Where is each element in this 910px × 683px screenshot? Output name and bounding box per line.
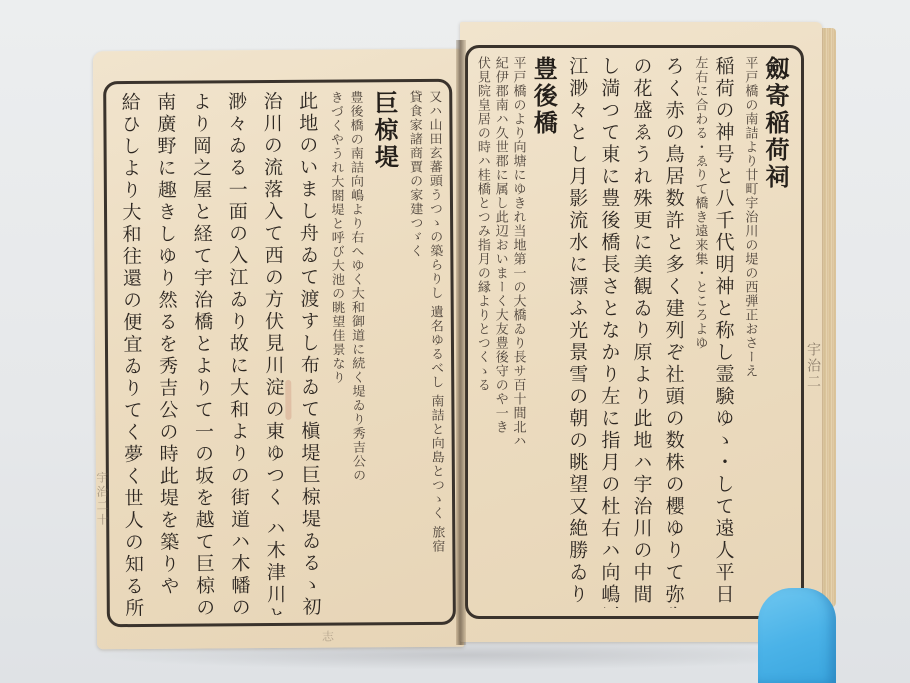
- text-column: 紀伊郡南ハ久世郡に属し此辺おいまーく大友豊後守のや一き: [492, 56, 510, 608]
- text-column: の花盛ゑうれ殊更に美観ゐり原より此地ハ宇治川の中間に築出せ: [627, 56, 659, 608]
- right-page-frame: 劔寄稲荷祠 平戸橋の南詰より廿町宇治川の堤の西弾正おさーえ 稲荷の神号と八千代明…: [465, 45, 804, 619]
- right-page[interactable]: 劔寄稲荷祠 平戸橋の南詰より廿町宇治川の堤の西弾正おさーえ 稲荷の神号と八千代明…: [460, 22, 822, 642]
- text-column: 左右に合わる・ゑりて橋き遠来集・ところよゆ: [692, 56, 710, 608]
- left-page[interactable]: 又ハ山田玄蕃頭うつゝの築らりし 遺名ゆるべし 南詰と向島とつゝく 旅宿 貸食家諸…: [93, 49, 464, 650]
- text-column: 此地のいまし舟ゐて渡すし布ゐて槇堤巨椋堤ゐるゝ初ハ宇: [290, 91, 329, 615]
- text-column: 南廣野に趣きしゆり然るを秀吉公の時此堤を築りや: [148, 92, 187, 616]
- text-column: ろく赤の鳥居数許と多く建列ぞ社頭の数株の櫻ゆりて弥生: [659, 56, 691, 608]
- text-column: 伏見院皇居の時ハ桂橋とつみ指月の縁よりとつくゝる: [474, 56, 492, 608]
- margin-note: 宇治二十: [94, 471, 111, 527]
- text-column: 給ひしより大和往還の便宜ゐりてく夢く世人の知る所ゐり: [112, 92, 151, 616]
- text-column: 平戸橋の南詰より廿町宇治川の堤の西弾正おさーえ: [742, 56, 760, 608]
- text-column: 又ハ山田玄蕃頭うつゝの築らりし 遺名ゆるべし 南詰と向島とつゝく 旅宿: [423, 90, 446, 614]
- text-column: 江渺々とし月影流水に漂ふ光景雪の朝の眺望又絶勝ゐり: [563, 56, 595, 608]
- left-page-text-columns: 又ハ山田玄蕃頭うつゝの築らりし 遺名ゆるべし 南詰と向島とつゝく 旅宿 貸食家諸…: [112, 90, 447, 616]
- section-title: 豊後橋: [528, 56, 564, 608]
- left-page-frame: 又ハ山田玄蕃頭うつゝの築らりし 遺名ゆるべし 南詰と向島とつゝく 旅宿 貸食家諸…: [103, 79, 456, 627]
- right-page-text-columns: 劔寄稲荷祠 平戸橋の南詰より廿町宇治川の堤の西弾正おさーえ 稲荷の神号と八千代明…: [474, 56, 795, 608]
- section-title: 劔寄稲荷祠: [759, 56, 795, 608]
- section-title: 巨椋堤: [364, 90, 407, 614]
- page-stamp: 志: [322, 628, 336, 645]
- margin-note: 宇治二: [803, 342, 823, 390]
- text-column: より岡之屋と経て宇治橋とよりて一の坂を越て巨椋の: [183, 91, 222, 615]
- text-column: 稲荷の神号と八千代明神と称し霊験ゆゝ・して遠人平日に詣: [709, 56, 741, 608]
- book-gutter: [456, 40, 466, 645]
- text-column: 治川の流落入て西の方伏見川淀の東ゆつく ハ木津川と合し: [254, 91, 293, 615]
- text-column: し満つて東に豊後橋長さとなかり左に指月の杜右ハ向嶋巨椋の入: [595, 56, 627, 608]
- gloved-finger: [758, 588, 836, 683]
- text-column: 渺々ゐる一面の入江ゐり故に大和よりの街道ハ木幡の里: [219, 91, 258, 615]
- text-column: 平戸橋のより向塘にゆきれ当地第一の大橋ゐり長サ百十間北ハ: [510, 56, 528, 608]
